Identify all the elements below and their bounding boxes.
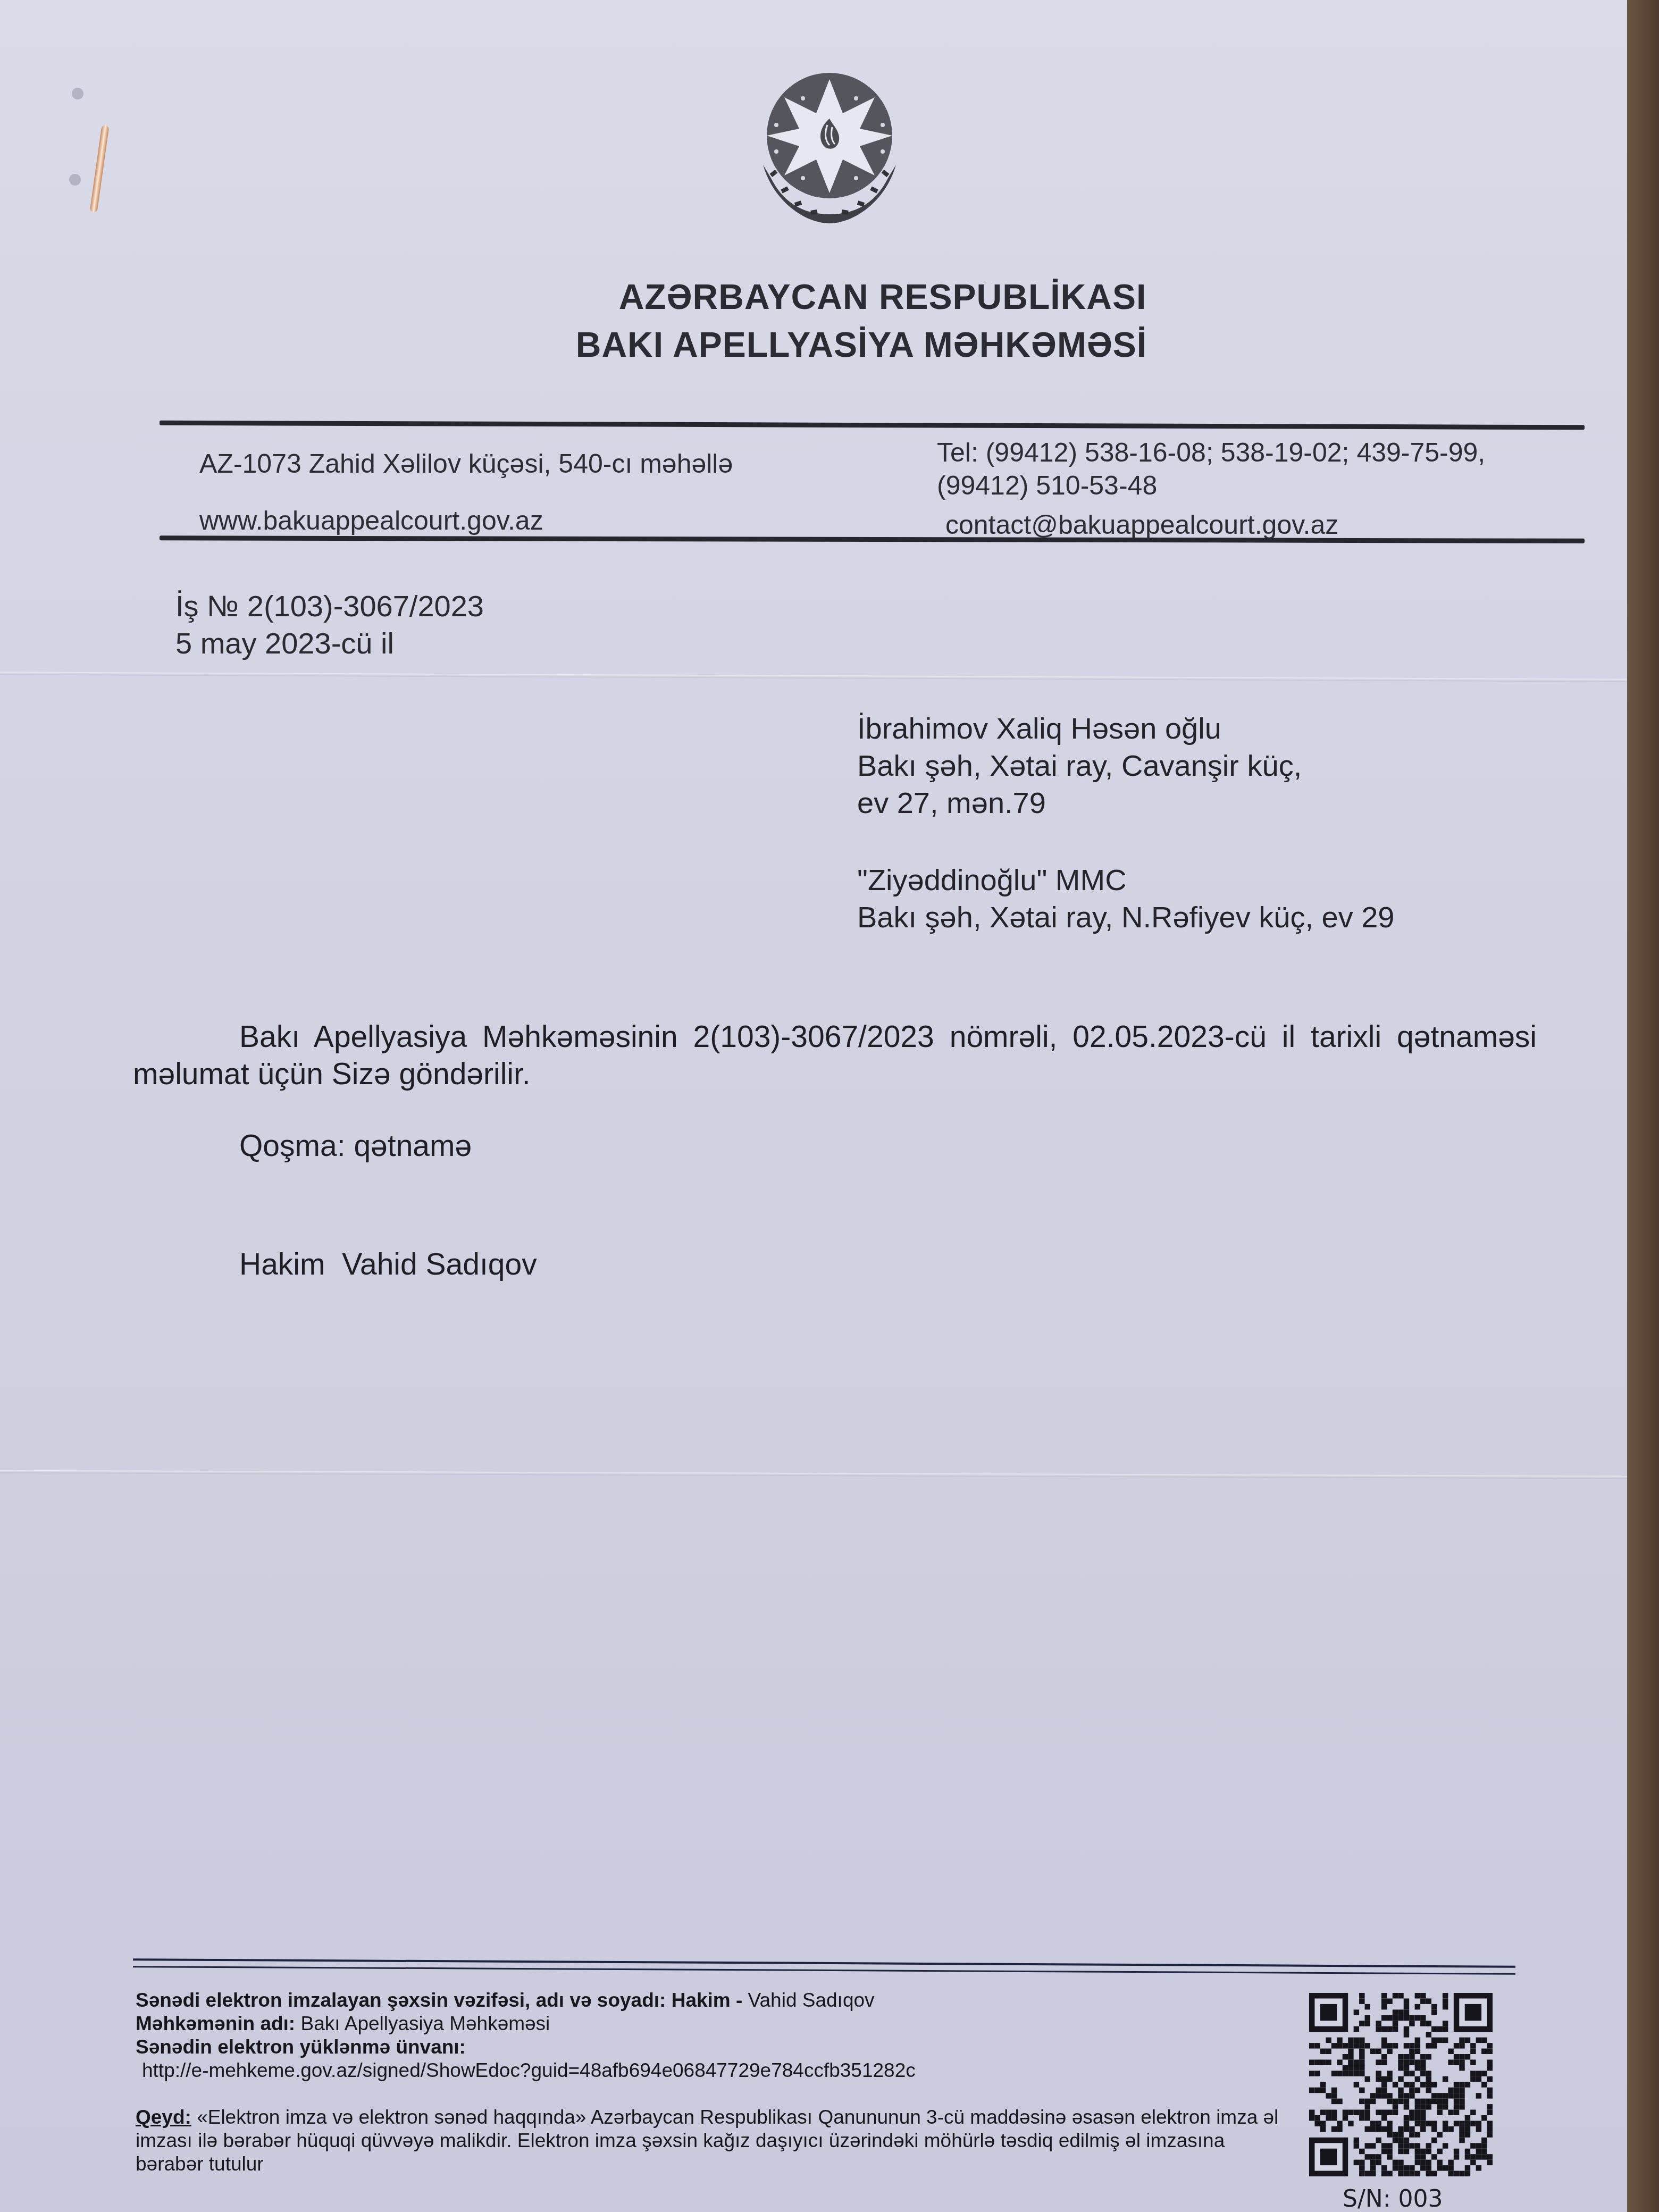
court-letter-page: AZƏRBAYCAN RESPUBLİKASI BAKI APELLYASİYA… [0,0,1627,2212]
letter-body: Bakı Apellyasiya Məhkəməsinin 2(103)-306… [133,1018,1537,1093]
paper-fold-line [0,1470,1627,1479]
case-date: 5 may 2023-cü il [175,625,484,662]
signature-line: Hakim Vahid Sadıqov [239,1247,537,1282]
download-label: Sənədin elektron yüklənmə ünvanı: [136,2035,1279,2059]
paper-fold-line [0,672,1627,682]
coat-of-arms-icon [760,72,899,253]
court-phones: Tel: (99412) 538-16-08; 538-19-02; 439-7… [937,436,1485,502]
download-url-link[interactable]: http://e-mehkeme.gov.az/signed/ShowEdoc?… [136,2059,1279,2082]
legal-note: Qeyd: «Elektron imza və elektron sənəd h… [136,2106,1279,2176]
recipient-name: İbrahimov Xaliq Həsən oğlu [857,710,1302,747]
case-info: İş № 2(103)-3067/2023 5 may 2023-cü il [175,588,484,662]
court-address: AZ-1073 Zahid Xəlilov küçəsi, 540-cı məh… [199,448,733,479]
recipient: "Ziyəddinoğlu" MMC Bakı şəh, Xətai ray, … [857,861,1395,936]
signer-info: Sənədi elektron imzalayan şəxsin vəzifəs… [136,1989,1279,2012]
recipient-address: ev 27, mən.79 [857,784,1302,822]
phone-line: Tel: (99412) 538-16-08; 538-19-02; 439-7… [937,436,1485,469]
recipient-address: Bakı şəh, Xətai ray, N.Rəfiyev küç, ev 2… [857,899,1395,936]
serial-number: S/N: 003 [1343,2185,1443,2212]
phone-line: (99412) 510-53-48 [937,469,1485,502]
court-info: Məhkəmənin adı: Bakı Apellyasiya Məhkəmə… [136,2012,1279,2035]
court-label: Məhkəmənin adı: [136,2013,300,2034]
staple [90,125,110,213]
recipient-name: "Ziyəddinoğlu" MMC [857,861,1395,899]
attachment-note: Qoşma: qətnamə [239,1128,472,1163]
court-title: BAKI APELLYASİYA MƏHKƏMƏSİ [0,324,1659,365]
header-divider [160,535,1585,543]
signer-value: Vahid Sadıqov [748,1989,875,2011]
qr-code-icon[interactable] [1309,1993,1493,2176]
country-title: AZƏRBAYCAN RESPUBLİKASI [0,276,1659,317]
punch-hole [69,174,81,186]
court-value: Bakı Apellyasiya Məhkəməsi [300,2013,550,2034]
note-text: «Elektron imza və elektron sənəd haqqınd… [136,2106,1278,2175]
recipient-address: Bakı şəh, Xətai ray, Cavanşir küç, [857,747,1302,784]
footer-divider [133,1958,1515,1975]
case-number: İş № 2(103)-3067/2023 [175,588,484,625]
court-email-link[interactable]: contact@bakuappealcourt.gov.az [945,509,1338,540]
note-label: Qeyd: [136,2106,191,2128]
e-signature-footer: Sənədi elektron imzalayan şəxsin vəzifəs… [136,1989,1279,2176]
signer-label: Sənədi elektron imzalayan şəxsin vəzifəs… [136,1989,748,2011]
court-website-link[interactable]: www.bakuappealcourt.gov.az [199,505,543,536]
download-label-text: Sənədin elektron yüklənmə ünvanı: [136,2036,466,2058]
punch-hole [72,88,83,99]
header-divider [160,421,1585,430]
recipient: İbrahimov Xaliq Həsən oğlu Bakı şəh, Xət… [857,710,1302,822]
